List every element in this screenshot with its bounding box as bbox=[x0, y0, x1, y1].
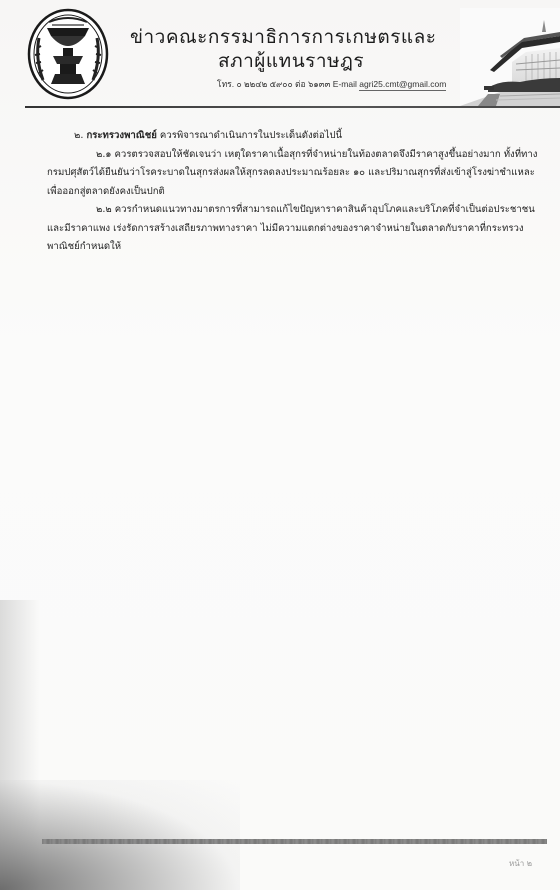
section-2-number: ๒. bbox=[74, 130, 83, 141]
letterhead-contact: โทร. ๐ ๒๒๔๒ ๕๙๐๐ ต่อ ๖๑๓๓ E-mail agri25.… bbox=[217, 77, 446, 91]
item-2-1-line2: กรมปศุสัตว์ได้ยืนยันว่าโรคระบาดในสุกรส่ง… bbox=[47, 164, 535, 183]
page-number: หน้า ๒ bbox=[509, 857, 532, 870]
paper-shadow-corner bbox=[0, 780, 240, 890]
section-2-heading: กระทรวงพาณิชย์ bbox=[86, 130, 156, 141]
section-2-heading-line: ๒. กระทรวงพาณิชย์ ควรพิจารณาดำเนินการในป… bbox=[74, 127, 342, 146]
section-2-intro: ควรพิจารณาดำเนินการในประเด็นดังต่อไปนี้ bbox=[160, 130, 342, 141]
item-2-1-line1: ๒.๑ ควรตรวจสอบให้ชัดเจนว่า เหตุใดราคาเนื… bbox=[96, 146, 537, 165]
item-2-2-line1: ๒.๒ ควรกำหนดแนวทางมาตรการที่สามารถแก้ไขป… bbox=[96, 201, 535, 220]
letterhead-divider bbox=[25, 106, 560, 108]
document-page: ข่าวคณะกรรมาธิการการเกษตรและ สภาผู้แทนรา… bbox=[0, 0, 560, 890]
item-2-1-line3: เพื่อออกสู่ตลาดยังคงเป็นปกติ bbox=[47, 183, 165, 202]
parliament-building-image bbox=[460, 8, 560, 106]
letterhead: ข่าวคณะกรรมาธิการการเกษตรและ สภาผู้แทนรา… bbox=[0, 0, 560, 112]
contact-email: agri25.cmt@gmail.com bbox=[359, 79, 446, 91]
contact-phone: โทร. ๐ ๒๒๔๒ ๕๙๐๐ ต่อ ๖๑๓๓ bbox=[217, 79, 330, 89]
item-2-2-line2: และมีราคาแพง เร่งรัดการสร้างเสถียรภาพทาง… bbox=[47, 220, 524, 239]
contact-email-label: E-mail bbox=[333, 79, 357, 89]
letterhead-title-line2: สภาผู้แทนราษฎร bbox=[218, 46, 364, 76]
parliament-emblem-icon bbox=[27, 8, 109, 100]
paper-shadow-left bbox=[0, 600, 40, 890]
footer-divider bbox=[42, 839, 547, 844]
item-2-2-line3: พาณิชย์กำหนดให้ bbox=[47, 238, 121, 257]
